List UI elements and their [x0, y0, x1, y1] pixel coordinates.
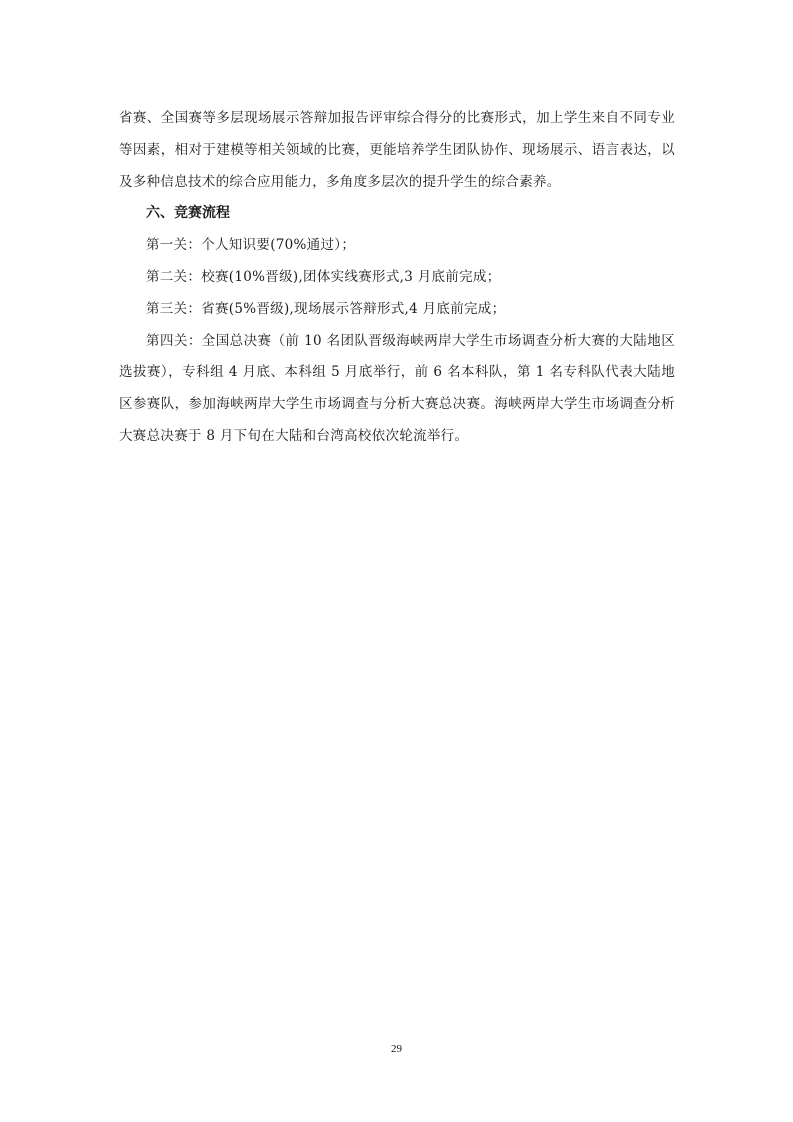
stage-4: 第四关：全国总决赛（前 10 名团队晋级海峡两岸大学生市场调查分析大赛的大陆地区… [119, 326, 675, 453]
intro-paragraph: 省赛、全国赛等多层现场展示答辩加报告评审综合得分的比赛形式，加上学生来自不同专业… [119, 103, 675, 198]
stage-3: 第三关：省赛(5%晋级),现场展示答辩形式,4 月底前完成； [119, 294, 675, 326]
stage-1: 第一关：个人知识要(70%通过）； [119, 230, 675, 262]
page-number: 29 [0, 1043, 793, 1055]
page-body: 省赛、全国赛等多层现场展示答辩加报告评审综合得分的比赛形式，加上学生来自不同专业… [119, 103, 675, 453]
stage-2: 第二关：校赛(10%晋级),团体实线赛形式,3 月底前完成； [119, 262, 675, 294]
section-heading: 六、竞赛流程 [119, 198, 675, 230]
